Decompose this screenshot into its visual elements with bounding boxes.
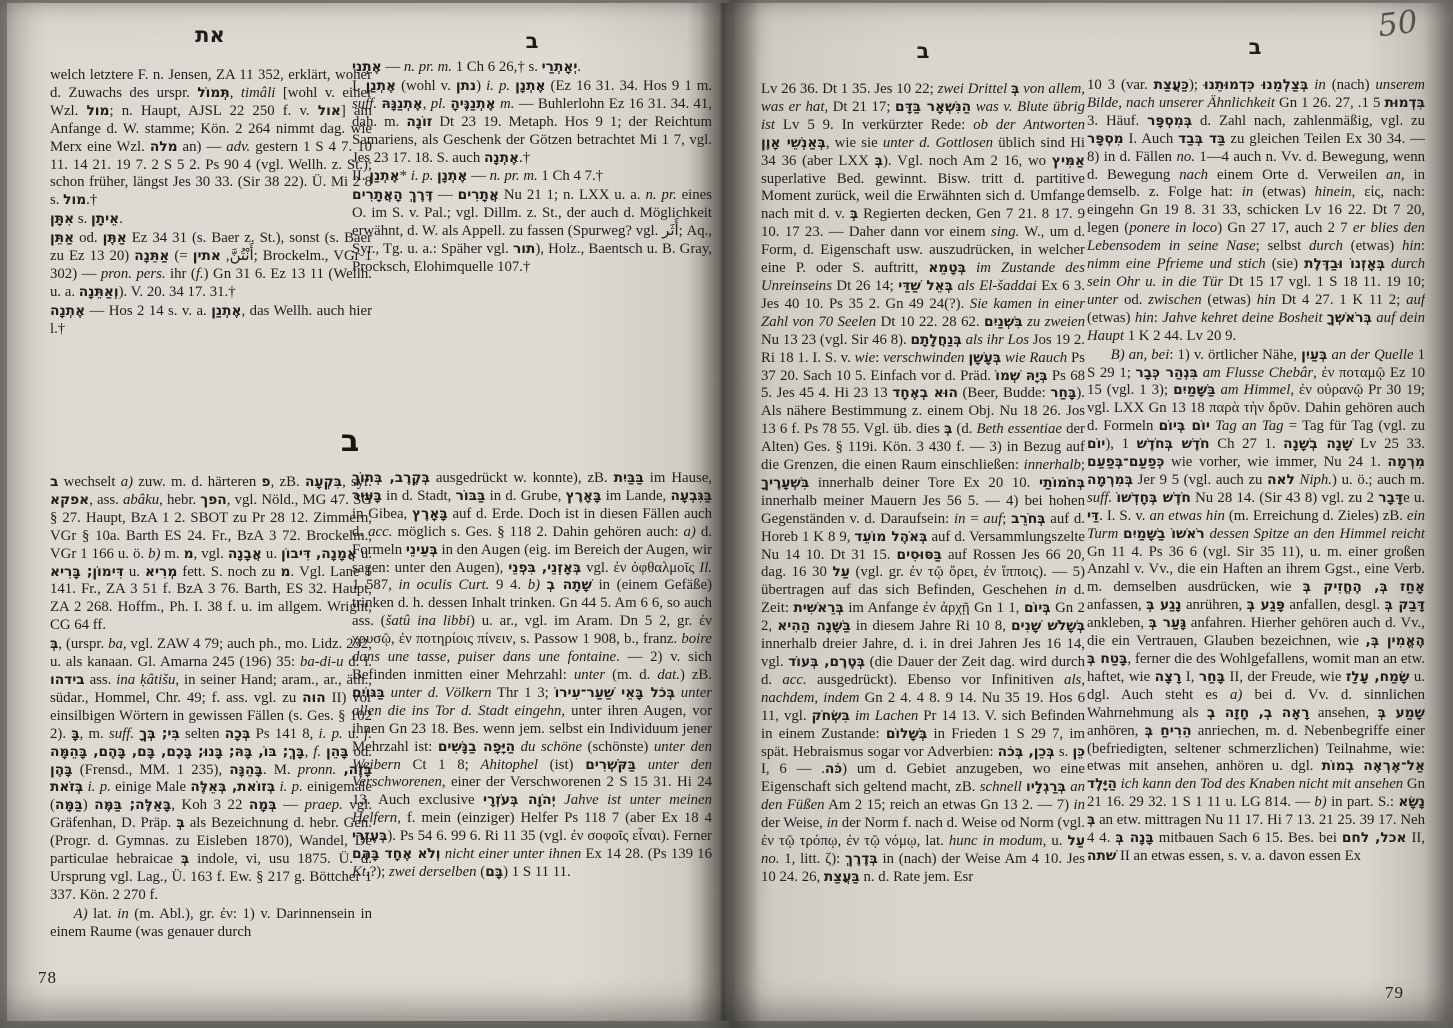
book-spread: את ב welch letztere F. n. Jensen, ZA 11 … (0, 0, 1453, 1028)
page-number-left: 78 (38, 968, 57, 988)
dictionary-entry: ב wechselt a) zuw. m. d. härteren פ, zB.… (50, 474, 372, 635)
right-page: ב ב Lv 26 36. Dt 1 35. Jes 10 22; zwei D… (723, 3, 1447, 1021)
text-column-1-top: welch letztere F. n. Jensen, ZA 11 352, … (50, 67, 372, 435)
paragraph: B) an, bei: 1) v. örtlicher Nähe, בְּעַי… (1087, 347, 1425, 866)
dictionary-entry: welch letztere F. n. Jensen, ZA 11 352, … (50, 67, 372, 210)
left-page: את ב welch letztere F. n. Jensen, ZA 11 … (7, 3, 723, 1021)
dictionary-entry: אֶתְנִי — n. pr. m. 1 Ch 6 26,† s. יְאָת… (352, 59, 712, 77)
running-head-right-2: ב (1087, 35, 1423, 59)
text-column-4: 10 3 (var. כַּעֲצַת); בְּצַלְמֵנוּ כִּדְ… (1087, 77, 1425, 995)
dictionary-entry: I. אֶתְנַן (wohl v. נתן) i. p. אֶתְנָן (… (352, 78, 712, 168)
dictionary-entry: בְּ, (urspr. ba, vgl. ZAW 4 79; auch ph.… (50, 636, 372, 905)
dictionary-entry: אֲתָרִים — דֶּרֶךְ הָאֲתָרִים Nu 21 1; n… (352, 187, 712, 277)
dictionary-entry: Lv 26 36. Dt 1 35. Jes 10 22; zwei Dritt… (761, 81, 1085, 887)
dictionary-entry: 10 3 (var. כַּעֲצַת); בְּצַלְמֵנוּ כִּדְ… (1087, 77, 1425, 346)
dictionary-entry: אִתָּן s. אֵיתָן. (50, 211, 372, 229)
page-number-right: 79 (1385, 983, 1404, 1003)
running-head-right-1: ב (761, 39, 1085, 63)
running-head-left-2: ב (352, 29, 712, 53)
handwritten-page-note: 50 (1376, 4, 1420, 45)
paragraph: A) lat. in (m. Abl.), gr. ἐν: 1) v. Dari… (50, 906, 372, 942)
text-column-2-bottom: בְּקֶרֶב, בְּתוֹךְ ausgedrückt w. konnte… (352, 470, 712, 1012)
running-head-left-1: את (50, 23, 370, 47)
text-column-1-bottom: ב wechselt a) zuw. m. d. härteren פ, zB.… (50, 474, 372, 974)
dictionary-entry: אַתֵּן od. אַתֶּן Ez 34 31 (s. Baer z. S… (50, 230, 372, 302)
dictionary-entry: II. אֶתְנַן* i. p. אֶתְנָן — n. pr. m. 1… (352, 168, 712, 186)
text-column-2-top: אֶתְנִי — n. pr. m. 1 Ch 6 26,† s. יְאָת… (352, 59, 712, 411)
dictionary-entry: בְּקֶרֶב, בְּתוֹךְ ausgedrückt w. konnte… (352, 470, 712, 882)
dictionary-entry: אֶתְנָה — Hos 2 14 s. v. a. אֶתְנַן, das… (50, 303, 372, 339)
text-column-3: Lv 26 36. Dt 1 35. Jes 10 22; zwei Dritt… (761, 81, 1085, 1009)
section-letter-bet: ב (300, 424, 400, 459)
